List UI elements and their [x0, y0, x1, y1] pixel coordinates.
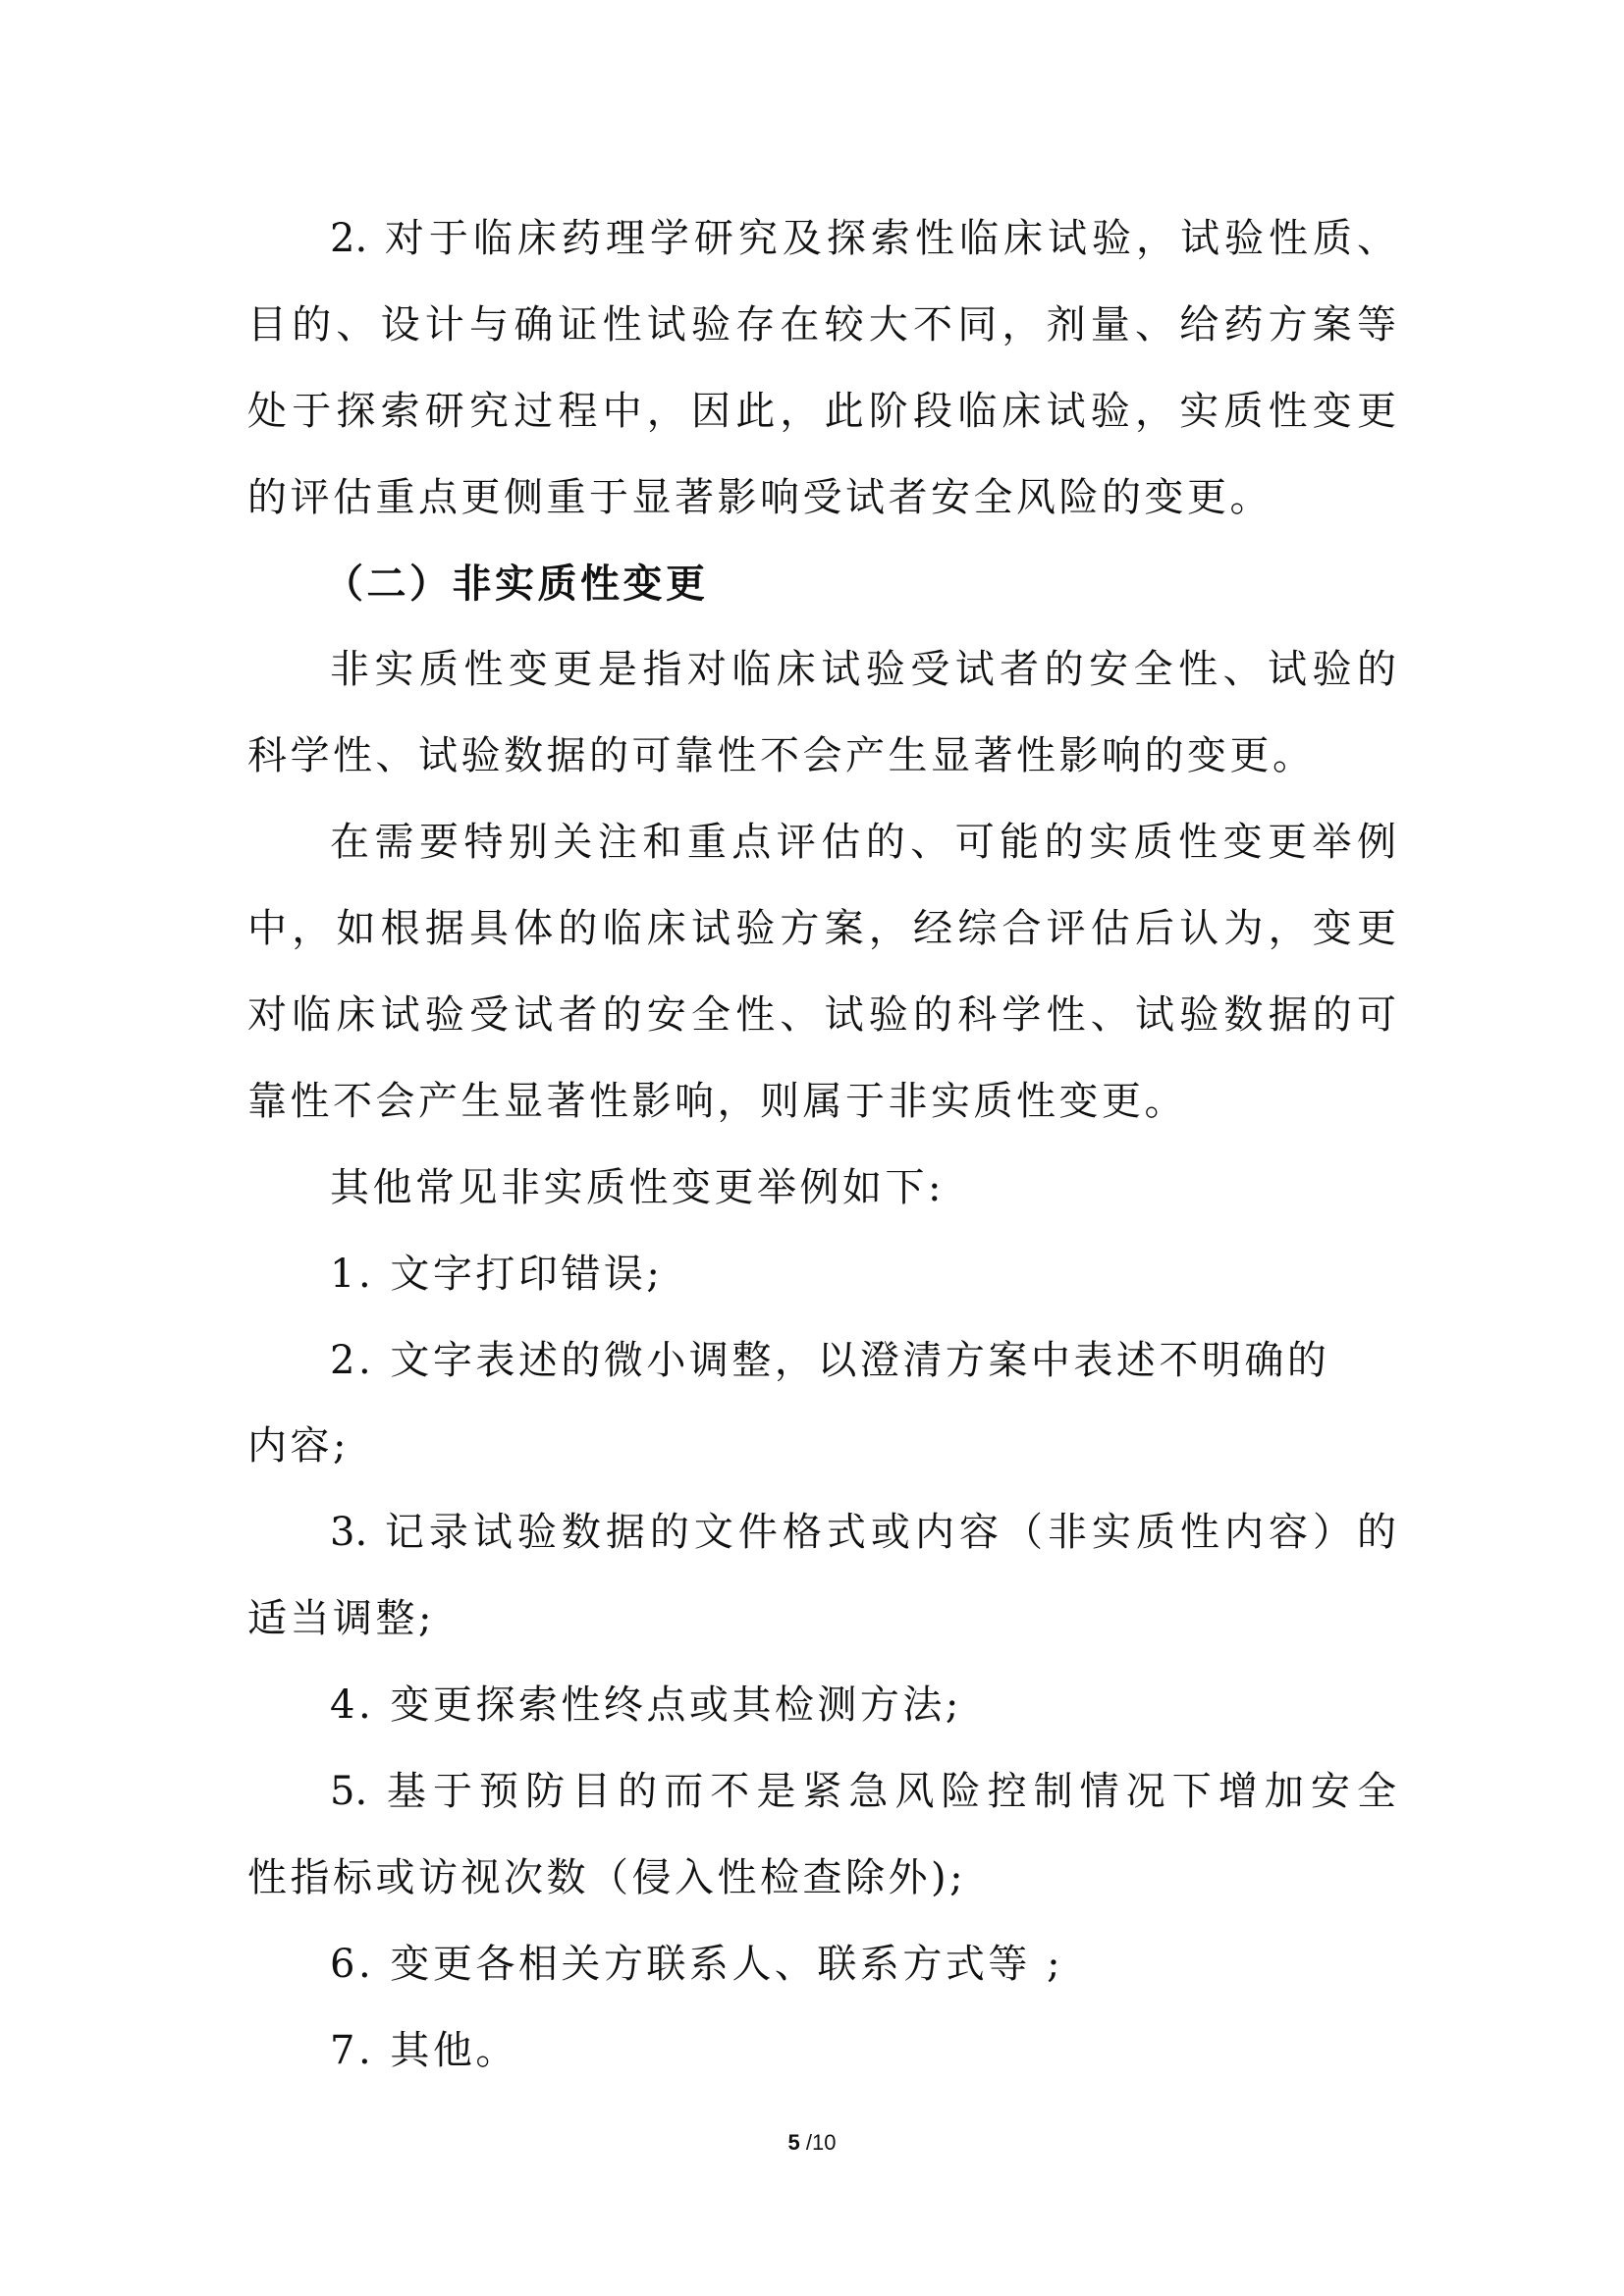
paragraph-line: 其他常见非实质性变更举例如下: — [247, 1146, 1396, 1232]
paragraph-line: 对临床试验受试者的安全性、试验的科学性、试验数据的可 — [247, 973, 1396, 1059]
paragraph-line: 非实质性变更是指对临床试验受试者的安全性、试验的 — [247, 627, 1396, 714]
paragraph-line: 2. 对于临床药理学研究及探索性临床试验，试验性质、 — [247, 196, 1396, 283]
paragraph-line: 靠性不会产生显著性影响，则属于非实质性变更。 — [247, 1059, 1396, 1146]
paragraph-line: 目的、设计与确证性试验存在较大不同，剂量、给药方案等 — [247, 283, 1396, 369]
list-item: 5. 基于预防目的而不是紧急风险控制情况下增加安全 — [247, 1749, 1396, 1836]
paragraph-line: 在需要特别关注和重点评估的、可能的实质性变更举例 — [247, 800, 1396, 886]
paragraph-line: 的评估重点更侧重于显著影响受试者安全风险的变更。 — [247, 455, 1396, 542]
document-page: 2. 对于临床药理学研究及探索性临床试验，试验性质、 目的、设计与确证性试验存在… — [0, 0, 1624, 2296]
list-item: 2. 文字表述的微小调整，以澄清方案中表述不明确的 — [247, 1318, 1396, 1405]
list-item: 4. 变更探索性终点或其检测方法; — [247, 1663, 1396, 1749]
document-body: 2. 对于临床药理学研究及探索性临床试验，试验性质、 目的、设计与确证性试验存在… — [247, 196, 1396, 2095]
list-item-continuation: 内容; — [247, 1404, 1396, 1490]
list-item: 3. 记录试验数据的文件格式或内容（非实质性内容）的 — [247, 1490, 1396, 1576]
list-item: 6. 变更各相关方联系人、联系方式等 ; — [247, 1922, 1396, 2008]
section-heading: （二）非实质性变更 — [247, 542, 1396, 628]
page-number: 5 /10 — [0, 2130, 1624, 2156]
list-item-continuation: 性指标或访视次数（侵入性检查除外); — [247, 1836, 1396, 1922]
list-item: 7. 其他。 — [247, 2008, 1396, 2095]
page-total: /10 — [800, 2130, 837, 2155]
page-current: 5 — [788, 2130, 800, 2155]
paragraph-line: 处于探索研究过程中，因此，此阶段临床试验，实质性变更 — [247, 369, 1396, 455]
list-item: 1. 文字打印错误; — [247, 1232, 1396, 1318]
paragraph-line: 科学性、试验数据的可靠性不会产生显著性影响的变更。 — [247, 714, 1396, 800]
paragraph-line: 中，如根据具体的临床试验方案，经综合评估后认为，变更 — [247, 886, 1396, 973]
list-item-continuation: 适当调整; — [247, 1576, 1396, 1663]
